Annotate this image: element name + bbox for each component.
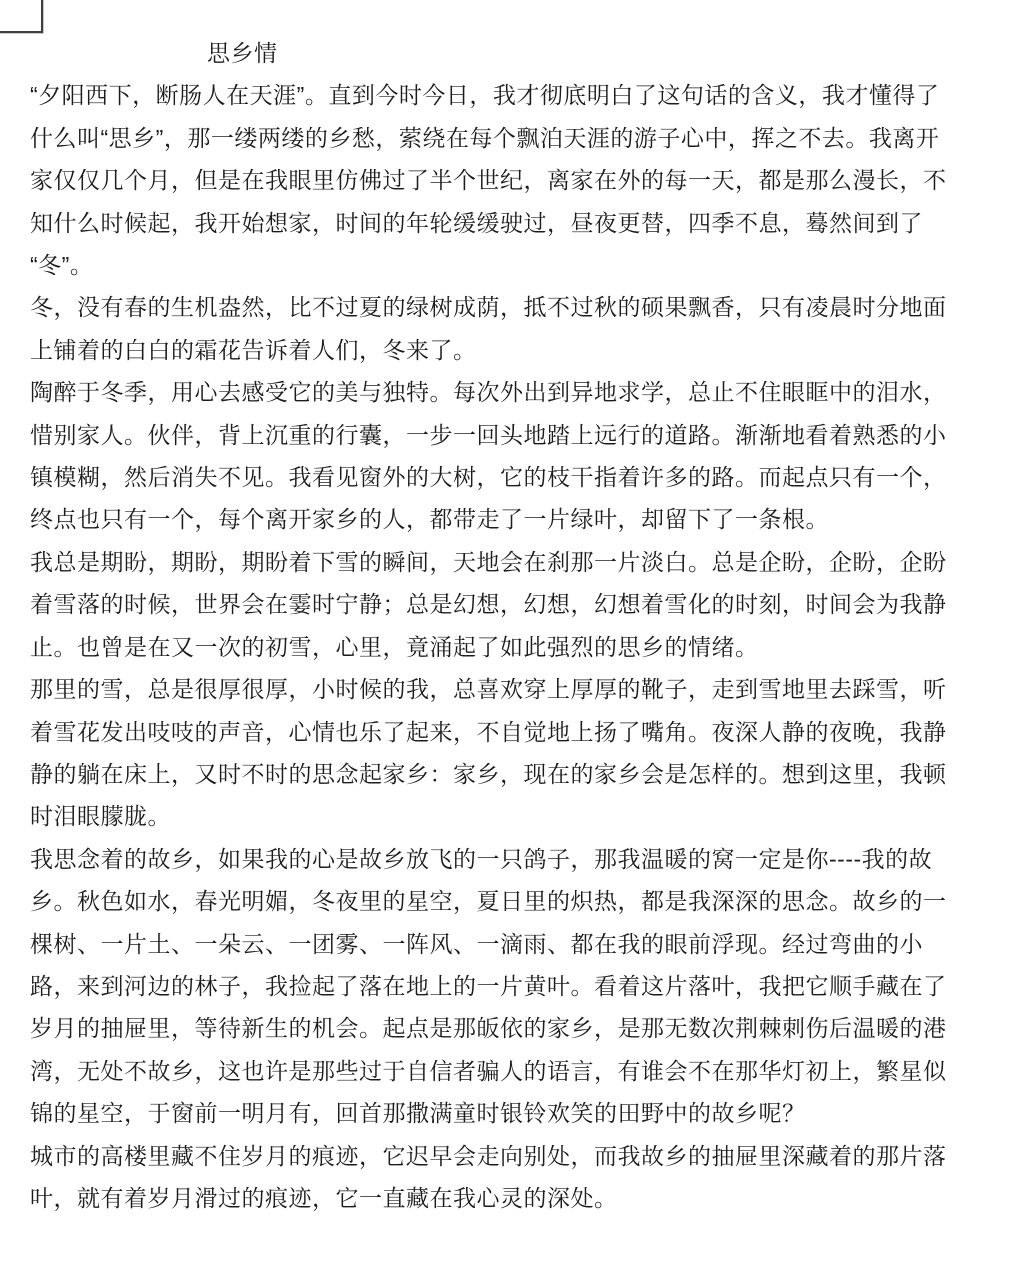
text-line: 陶醉于冬季，用心去感受它的美与独特。每次外出到异地求学，总止不住眼眶中的泪水， [30,371,1008,413]
text-line: 乡。秋色如水，春光明媚，冬夜里的星空，夏日里的炽热，都是我深深的思念。故乡的一 [30,880,1008,922]
text-line: 叶，就有着岁月滑过的痕迹，它一直藏在我心灵的深处。 [30,1177,1008,1219]
text-line: 镇模糊，然后消失不见。我看见窗外的大树，它的枝干指着许多的路。而起点只有一个， [30,456,1008,498]
text-line: 止。也曾是在又一次的初雪，心里，竟涌起了如此强烈的思乡的情绪。 [30,626,1008,668]
essay-text-block: 思乡情 “夕阳西下，断肠人在天涯”。直到今时今日，我才彻底明白了这句话的含义，我… [30,32,1008,1219]
text-line: “夕阳西下，断肠人在天涯”。直到今时今日，我才彻底明白了这句话的含义，我才懂得了 [30,74,1008,116]
text-line: 我总是期盼，期盼，期盼着下雪的瞬间，天地会在刹那一片淡白。总是企盼，企盼，企盼 [30,541,1008,583]
text-line: 棵树、一片土、一朵云、一团雾、一阵风、一滴雨、都在我的眼前浮现。经过弯曲的小 [30,923,1008,965]
text-line: 着雪花发出吱吱的声音，心情也乐了起来，不自觉地上扬了嘴角。夜深人静的夜晚，我静 [30,711,1008,753]
paragraph: 城市的高楼里藏不住岁月的痕迹，它迟早会走向别处，而我故乡的抽屉里深藏着的那片落叶… [30,1135,1008,1220]
paragraph: 我总是期盼，期盼，期盼着下雪的瞬间，天地会在刹那一片淡白。总是企盼，企盼，企盼着… [30,541,1008,668]
text-line: 着雪落的时候，世界会在霎时宁静；总是幻想，幻想，幻想着雪化的时刻，时间会为我静 [30,583,1008,625]
text-line: 路，来到河边的林子，我捡起了落在地上的一片黄叶。看着这片落叶，我把它顺手藏在了 [30,965,1008,1007]
text-line: 上铺着的白白的霜花告诉着人们，冬来了。 [30,329,1008,371]
text-line: 冬，没有春的生机盎然，比不过夏的绿树成荫，抵不过秋的硕果飘香，只有凌晨时分地面 [30,286,1008,328]
text-line: 锦的星空，于窗前一明月有，回首那撒满童时银铃欢笑的田野中的故乡呢？ [30,1092,1008,1134]
text-line: 什么叫“思乡”，那一缕两缕的乡愁，萦绕在每个飘泊天涯的游子心中，挥之不去。我离开 [30,117,1008,159]
text-line: 知什么时候起，我开始想家，时间的年轮缓缓驶过，昼夜更替，四季不息，蓦然间到了 [30,202,1008,244]
paragraph: “夕阳西下，断肠人在天涯”。直到今时今日，我才彻底明白了这句话的含义，我才懂得了… [30,74,1008,286]
essay-body: “夕阳西下，断肠人在天涯”。直到今时今日，我才彻底明白了这句话的含义，我才懂得了… [30,74,1008,1219]
paragraph: 我思念着的故乡，如果我的心是故乡放飞的一只鸽子，那我温暖的窝一定是你----我的… [30,838,1008,1135]
text-line: 湾，无处不故乡，这也许是那些过于自信者骗人的语言，有谁会不在那华灯初上，繁星似 [30,1050,1008,1092]
text-line: 我思念着的故乡，如果我的心是故乡放飞的一只鸽子，那我温暖的窝一定是你----我的… [30,838,1008,880]
text-line: 城市的高楼里藏不住岁月的痕迹，它迟早会走向别处，而我故乡的抽屉里深藏着的那片落 [30,1135,1008,1177]
text-line: 终点也只有一个，每个离开家乡的人，都带走了一片绿叶，却留下了一条根。 [30,498,1008,540]
page-corner-border [0,0,43,33]
text-line: 静的躺在床上，又时不时的思念起家乡：家乡，现在的家乡会是怎样的。想到这里，我顿 [30,753,1008,795]
text-line: 时泪眼朦胧。 [30,795,1008,837]
paragraph: 陶醉于冬季，用心去感受它的美与独特。每次外出到异地求学，总止不住眼眶中的泪水，惜… [30,371,1008,541]
essay-title: 思乡情 [30,32,1008,74]
text-line: 惜别家人。伙伴，背上沉重的行囊，一步一回头地踏上远行的道路。渐渐地看着熟悉的小 [30,414,1008,456]
text-line: “冬”。 [30,244,1008,286]
text-line: 家仅仅几个月，但是在我眼里仿佛过了半个世纪，离家在外的每一天，都是那么漫长，不 [30,159,1008,201]
document-page: { "page": { "background": "#ffffff", "te… [0,0,1030,1266]
paragraph: 那里的雪，总是很厚很厚，小时候的我，总喜欢穿上厚厚的靴子，走到雪地里去踩雪，听着… [30,668,1008,838]
paragraph: 冬，没有春的生机盎然，比不过夏的绿树成荫，抵不过秋的硕果飘香，只有凌晨时分地面上… [30,286,1008,371]
text-line: 岁月的抽屉里，等待新生的机会。起点是那皈依的家乡，是那无数次荆棘刺伤后温暖的港 [30,1007,1008,1049]
text-line: 那里的雪，总是很厚很厚，小时候的我，总喜欢穿上厚厚的靴子，走到雪地里去踩雪，听 [30,668,1008,710]
